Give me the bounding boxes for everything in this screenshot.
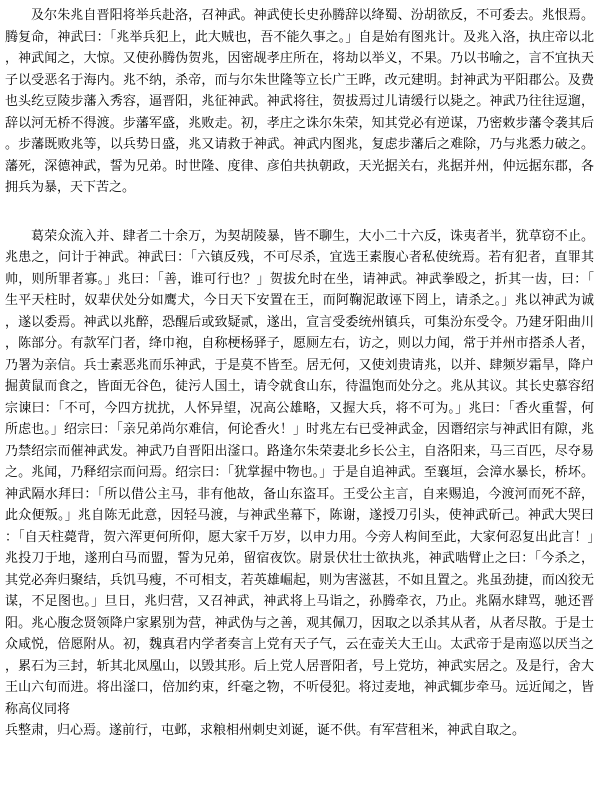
paragraph-2: 葛荣众流入并、肆者二十余万，为契胡陵暴，皆不聊生，大小二十六反，诛夷者半，犹草窃…: [5, 225, 594, 720]
paragraph-1: 及尔朱兆自晋阳将举兵赴洛，召神武。神武使长史孙腾辞以绛蜀、汾胡欲反，不可委去。兆…: [5, 4, 594, 198]
document-page: 及尔朱兆自晋阳将举兵赴洛，召神武。神武使长史孙腾辞以绛蜀、汾胡欲反，不可委去。兆…: [0, 0, 600, 800]
paragraph-3: 兵整肃，归心焉。遂前行，屯邺，求粮相州刺史刘诞，诞不供。有军营租米，神武自取之。: [5, 719, 594, 741]
